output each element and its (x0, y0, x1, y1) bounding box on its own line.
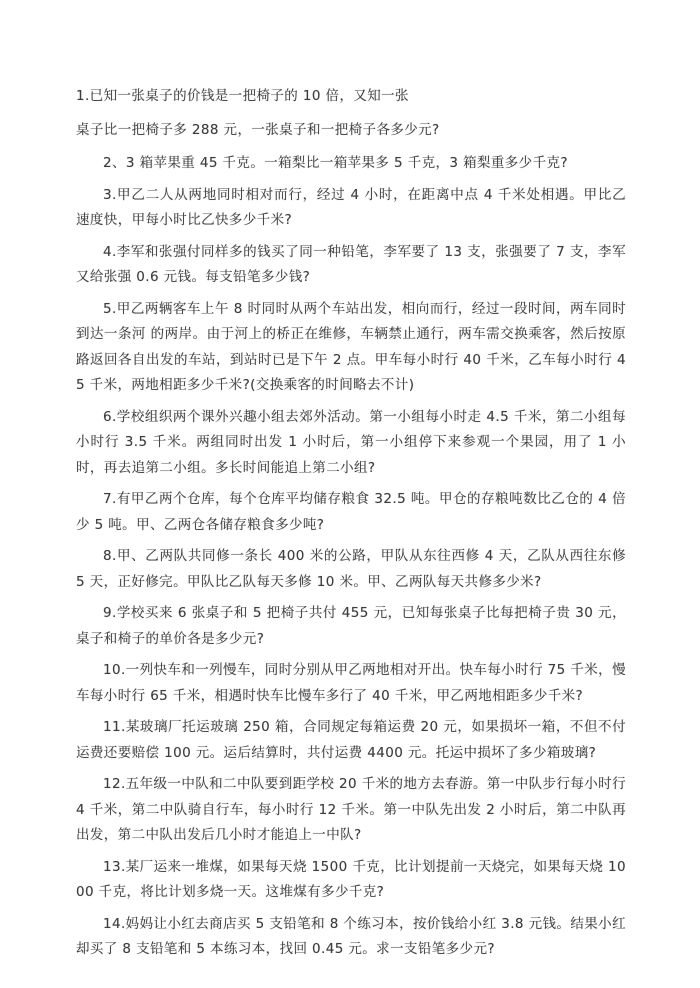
problem-2: 2、3 箱苹果重 45 千克。一箱梨比一箱苹果多 5 千克，3 箱梨重多少千克? (76, 151, 626, 177)
problem-10: 10.一列快车和一列慢车，同时分别从甲乙两地相对开出。快车每小时行 75 千米，… (76, 658, 626, 709)
problem-1-line-2: 桌子比一把椅子多 288 元，一张桌子和一把椅子各多少元? (76, 118, 626, 144)
problem-1-line-1: 1.已知一张桌子的价钱是一把椅子的 10 倍，又知一张 (76, 84, 626, 110)
problem-12: 12.五年级一中队和二中队要到距学校 20 千米的地方去春游。第一中队步行每小时… (76, 772, 626, 849)
problem-8: 8.甲、乙两队共同修一条长 400 米的公路，甲队从东往西修 4 天，乙队从西往… (76, 544, 626, 595)
worksheet-page: 1.已知一张桌子的价钱是一把椅子的 10 倍，又知一张 桌子比一把椅子多 288… (0, 0, 700, 988)
worksheet-body: 1.已知一张桌子的价钱是一把椅子的 10 倍，又知一张 桌子比一把椅子多 288… (76, 84, 626, 963)
page: { "page": { "background": "#ffffff", "te… (0, 0, 700, 988)
problem-9: 9.学校买来 6 张桌子和 5 把椅子共付 455 元，已知每张桌子比每把椅子贵… (76, 601, 626, 652)
problem-5: 5.甲乙两辆客车上午 8 时同时从两个车站出发，相向而行，经过一段时间，两车同时… (76, 297, 626, 399)
problem-6: 6.学校组织两个课外兴趣小组去郊外活动。第一小组每小时走 4.5 千米，第二小组… (76, 405, 626, 482)
problem-4: 4.李军和张强付同样多的钱买了同一种铅笔，李军要了 13 支，张强要了 7 支，… (76, 240, 626, 291)
problem-13: 13.某厂运来一堆煤，如果每天烧 1500 千克，比计划提前一天烧完，如果每天烧… (76, 855, 626, 906)
problem-3: 3.甲乙二人从两地同时相对而行，经过 4 小时，在距离中点 4 千米处相遇。甲比… (76, 183, 626, 234)
problem-7: 7.有甲乙两个仓库，每个仓库平均储存粮食 32.5 吨。甲仓的存粮吨数比乙仓的 … (76, 487, 626, 538)
problem-11: 11.某玻璃厂托运玻璃 250 箱，合同规定每箱运费 20 元，如果损坏一箱，不… (76, 715, 626, 766)
problem-14: 14.妈妈让小红去商店买 5 支铅笔和 8 个练习本，按价钱给小红 3.8 元钱… (76, 912, 626, 963)
